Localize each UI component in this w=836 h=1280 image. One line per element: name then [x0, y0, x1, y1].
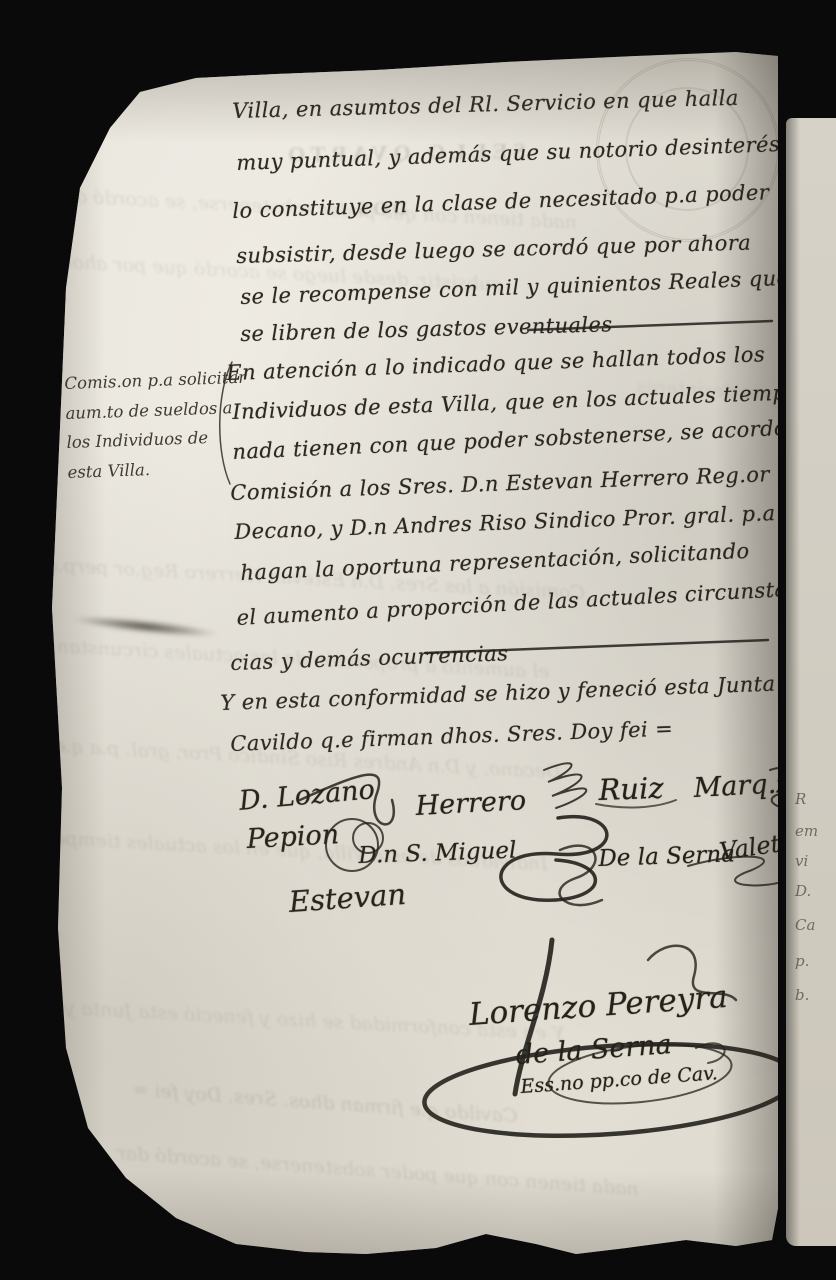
adjacent-page-edge: R em vi D. Ca p. b. [786, 118, 836, 1246]
manuscript-line: Cavildo q.e firman dhos. Sres. Doy fei = [230, 718, 673, 757]
signature-marquez: Marq.z [693, 770, 791, 802]
manuscript-line: subsistir, desde luego se acordó que por… [236, 232, 751, 269]
margin-annotation: Comis.on p.a solicitar aum.to de sueldos… [64, 363, 240, 488]
signature-ruiz: Ruiz [598, 774, 664, 805]
ink-bleedthrough: Cavildo q.e firman dhos. Sres. Doy fei = [132, 1079, 518, 1128]
manuscript-line: Comisión a los Sres. D.n Estevan Herrero… [230, 460, 836, 505]
manuscript-line: se libren de los gastos eventuales [240, 313, 613, 346]
signature-san-miguel: D.n S. Miguel [358, 839, 517, 868]
notary-small-loop [696, 1043, 725, 1063]
manuscript-page: SELLO QVARTO DOS nada tienen con que pod… [36, 48, 778, 1256]
signature-herrero: Herrero [415, 787, 527, 820]
adjacent-page-fragment: b. [795, 986, 809, 1004]
signature-lozano: D. Lozano [238, 776, 376, 815]
adjacent-page-fragment: Ca [795, 916, 815, 934]
adjacent-page-fragment: em [795, 822, 818, 840]
manuscript-line: nada tienen con que poder sobstenerse, s… [232, 415, 832, 464]
manuscript-line: Decano, y D.n Andres Riso Sindico Pror. … [234, 501, 817, 544]
ink-bleedthrough: nada tienen con que poder sobstenerse, s… [116, 1142, 640, 1200]
adjacent-page-fragment: D. [795, 882, 811, 900]
signature-estevan: Estevan [288, 880, 407, 917]
signature-notary-title: Ess.no pp.co de Cav. [520, 1064, 718, 1097]
adjacent-page-fragment: p. [795, 952, 809, 970]
scanned-document-viewport: SELLO QVARTO DOS nada tienen con que pod… [0, 0, 836, 1280]
signature-notary-name: Lorenzo Pereyra [468, 982, 729, 1031]
adjacent-page-fragment: R [795, 790, 806, 808]
margin-annotation-line: esta Villa. [67, 452, 240, 488]
adjacent-page-fragment: vi [795, 852, 808, 870]
rubric-estevan [560, 846, 602, 905]
signature-de-la-serna: De la Serna [598, 843, 735, 871]
signature-pepion: Pepion [246, 821, 340, 853]
signature-valeta: Valeta [718, 830, 796, 864]
